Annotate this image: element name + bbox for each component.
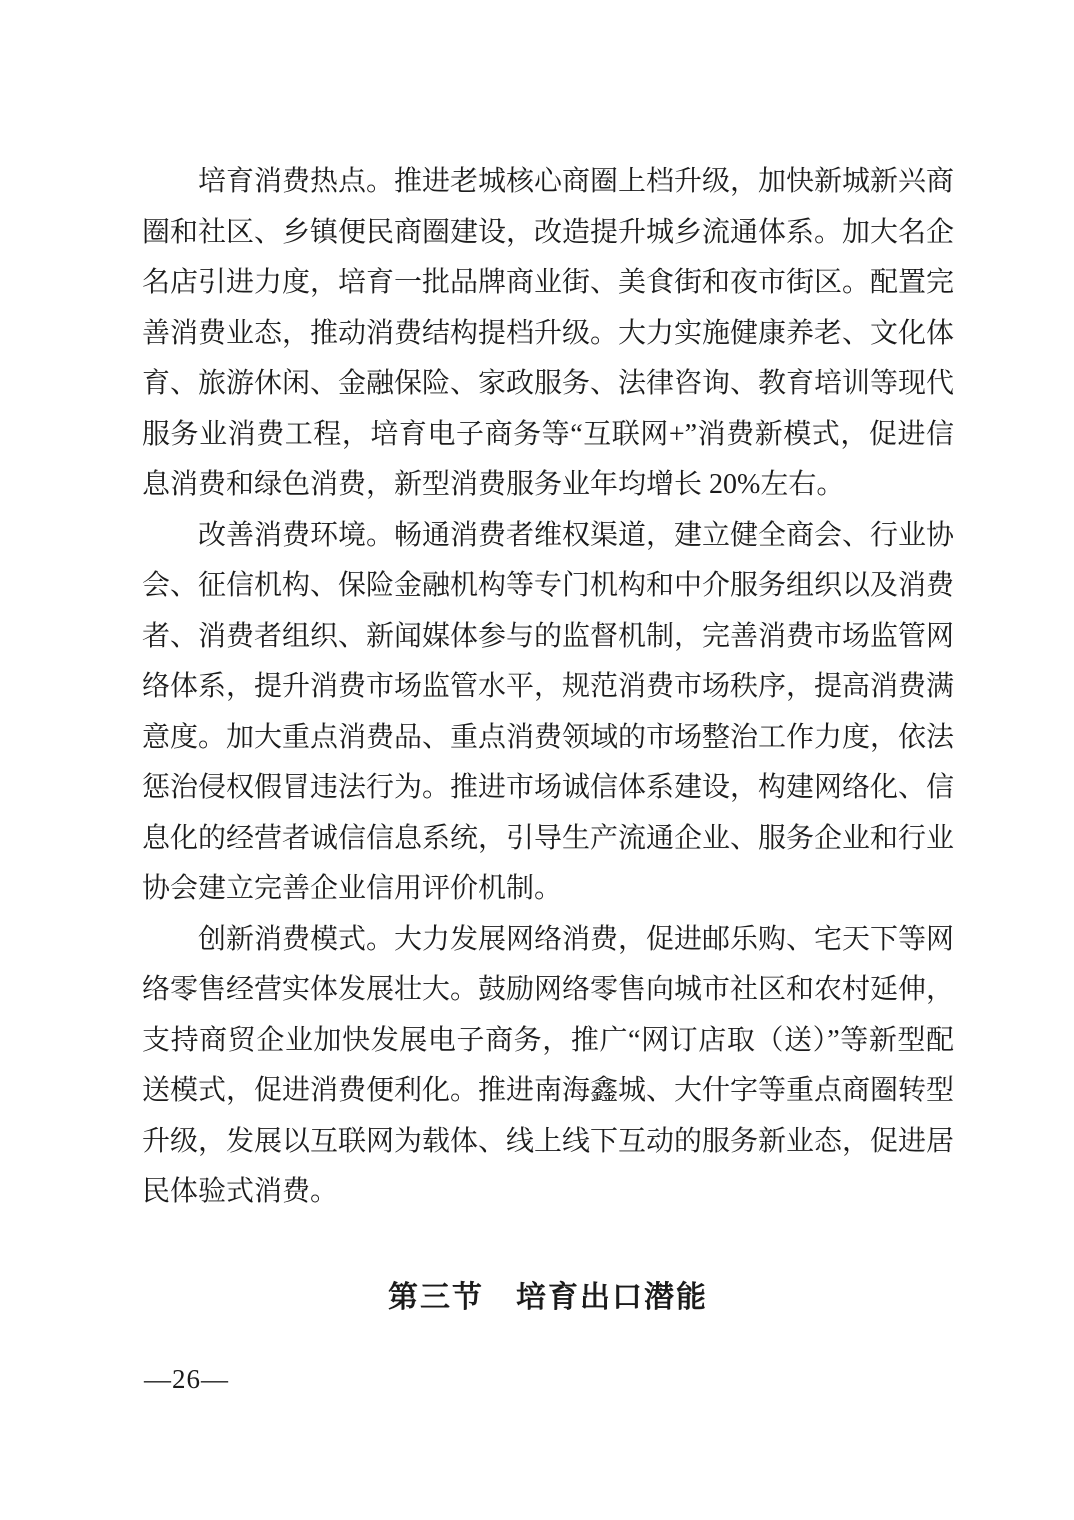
paragraph-innovate-consumption-models: 创新消费模式。大力发展网络消费，促进邮乐购、宅天下等网络零售经营实体发展壮大。鼓… (142, 915, 954, 1218)
section-heading: 第三节 培育出口潜能 (142, 1272, 954, 1316)
paragraph-improve-consumption-environment: 改善消费环境。畅通消费者维权渠道，建立健全商会、行业协会、征信机构、保险金融机构… (142, 511, 954, 915)
paragraph-cultivate-consumption-hotspots: 培育消费热点。推进老城核心商圈上档升级，加快新城新兴商圈和社区、乡镇便民商圈建设… (142, 157, 954, 511)
body-text-block: 培育消费热点。推进老城核心商圈上档升级，加快新城新兴商圈和社区、乡镇便民商圈建设… (142, 157, 954, 1218)
document-page: 培育消费热点。推进老城核心商圈上档升级，加快新城新兴商圈和社区、乡镇便民商圈建设… (0, 0, 1074, 1520)
page-number: —26— (144, 1364, 229, 1395)
